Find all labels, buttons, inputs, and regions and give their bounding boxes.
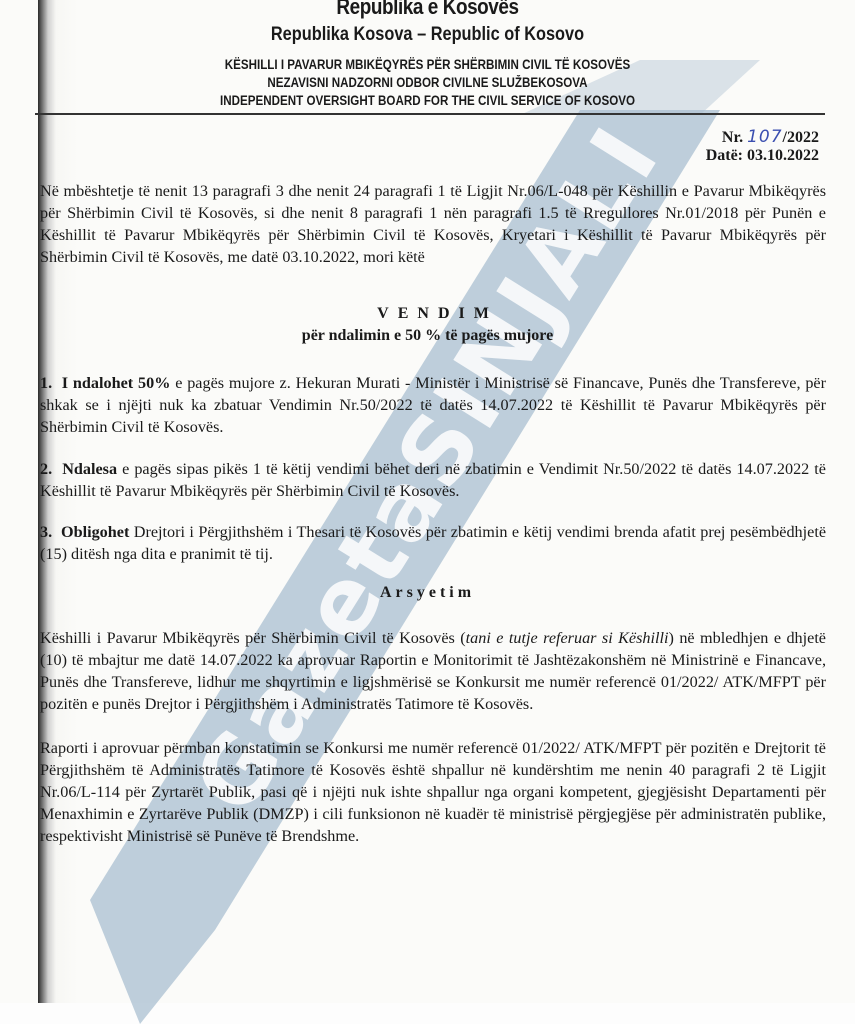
document-date: Datë: 03.10.2022 <box>706 147 819 165</box>
header-country-albanian: Republika e Kosovës <box>60 0 795 20</box>
reasoning-italic-reference: tani e tutje referuar si Këshilli <box>466 629 669 647</box>
document-number-year: /2022 <box>783 129 819 146</box>
intro-paragraph: Në mbështetje të nenit 13 paragrafi 3 dh… <box>40 180 826 268</box>
reasoning-text: Këshilli i Pavarur Mbikëqyrës për Shërbi… <box>40 629 466 647</box>
decision-item: 2. Ndalesa e pagës sipas pikës 1 të këti… <box>40 458 826 502</box>
reasoning-paragraph-1: Këshilli i Pavarur Mbikëqyrës për Shërbi… <box>40 627 826 715</box>
item-lead: I ndalohet <box>62 374 133 392</box>
header-institution-albanian: KËSHILLI I PAVARUR MBIKËQYRËS PËR SHËRBI… <box>60 57 795 72</box>
header-country-multilingual: Republika Kosova – Republic of Kosovo <box>60 24 795 46</box>
handwritten-number: 107 <box>747 127 782 147</box>
item-lead: Ndalesa <box>62 460 117 478</box>
decision-item: 1. I ndalohet 50% e pagës mujore z. Heku… <box>40 372 826 438</box>
item-number: 1. <box>40 374 52 392</box>
decision-subtitle: për ndalimin e 50 % të pagës mujore <box>0 327 855 345</box>
item-text: Drejtori i Përgjithshëm i Thesari të Kos… <box>40 523 826 563</box>
decision-title: VENDIM <box>0 305 855 323</box>
reasoning-title: Arsyetim <box>0 584 855 602</box>
header-divider <box>35 113 825 115</box>
item-value: 50% <box>138 374 170 392</box>
header-institution-serbian: NEZAVISNI NADZORNI ODBOR CIVILNE SLUŽBEK… <box>60 75 795 90</box>
decision-item: 3. Obligohet Drejtori i Përgjithshëm i T… <box>40 521 826 565</box>
reasoning-paragraph-2: Raporti i aprovuar përmban konstatimin s… <box>40 737 826 847</box>
item-number: 3. <box>40 523 52 541</box>
item-number: 2. <box>40 460 52 478</box>
item-lead: Obligohet <box>61 523 129 541</box>
document-number-label: Nr. <box>722 129 747 146</box>
item-text: e pagës sipas pikës 1 të këtij vendimi b… <box>40 460 826 500</box>
document-number: Nr. 107/2022 <box>722 127 819 147</box>
header-institution-english: INDEPENDENT OVERSIGHT BOARD FOR THE CIVI… <box>60 93 795 108</box>
